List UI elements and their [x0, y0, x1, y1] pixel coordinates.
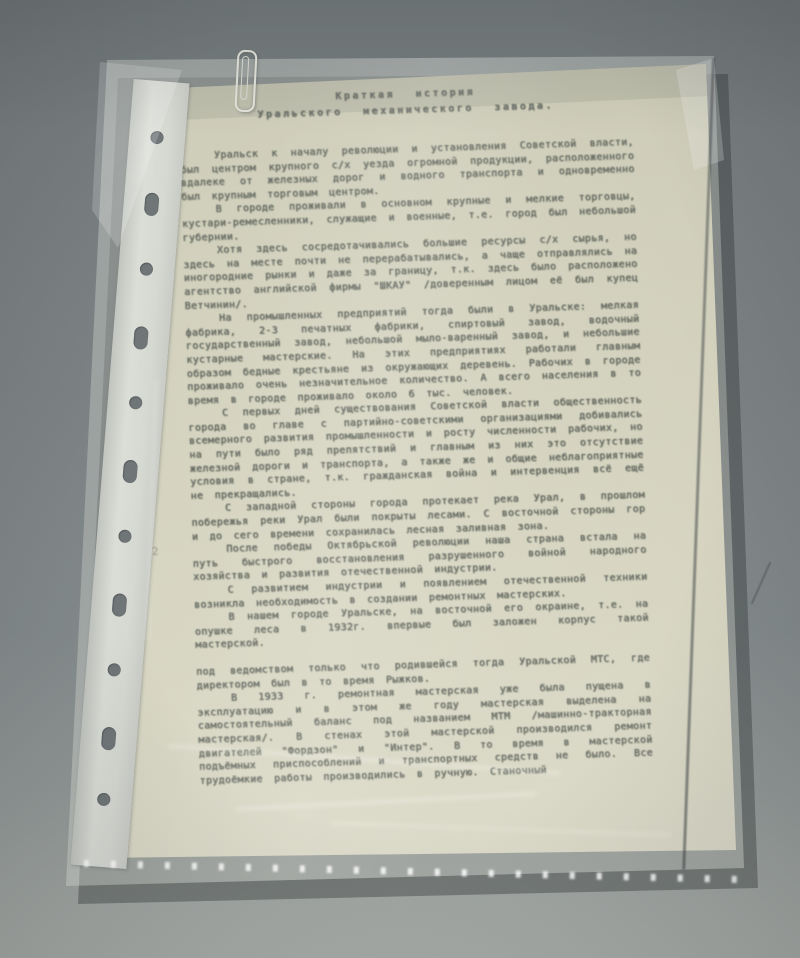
punch-hole — [97, 792, 111, 806]
punch-hole — [118, 529, 132, 543]
punch-hole — [144, 192, 160, 216]
paper-clip — [234, 50, 257, 113]
punch-hole — [101, 727, 117, 751]
punch-hole — [129, 396, 143, 410]
paragraph-4: На промышленных предприятий тогда были в… — [185, 299, 642, 408]
typed-text-block: Краткая история Уральского механического… — [178, 80, 654, 788]
paper-clip-inner-loop — [240, 56, 249, 100]
punch-hole — [107, 663, 121, 677]
paragraph-11: В 1933 г. ремонтная мастерская уже была … — [197, 679, 654, 788]
document-body: Уральск к началу революции и установлени… — [180, 136, 654, 788]
photo-backdrop: Краткая история Уральского механического… — [0, 0, 800, 958]
punch-hole — [112, 593, 128, 617]
paragraph-5: С первых дней существования Советской вл… — [188, 394, 645, 503]
punch-hole — [139, 262, 153, 276]
punch-hole — [122, 459, 138, 483]
punch-hole — [133, 326, 149, 350]
surface-scratch — [751, 562, 771, 605]
